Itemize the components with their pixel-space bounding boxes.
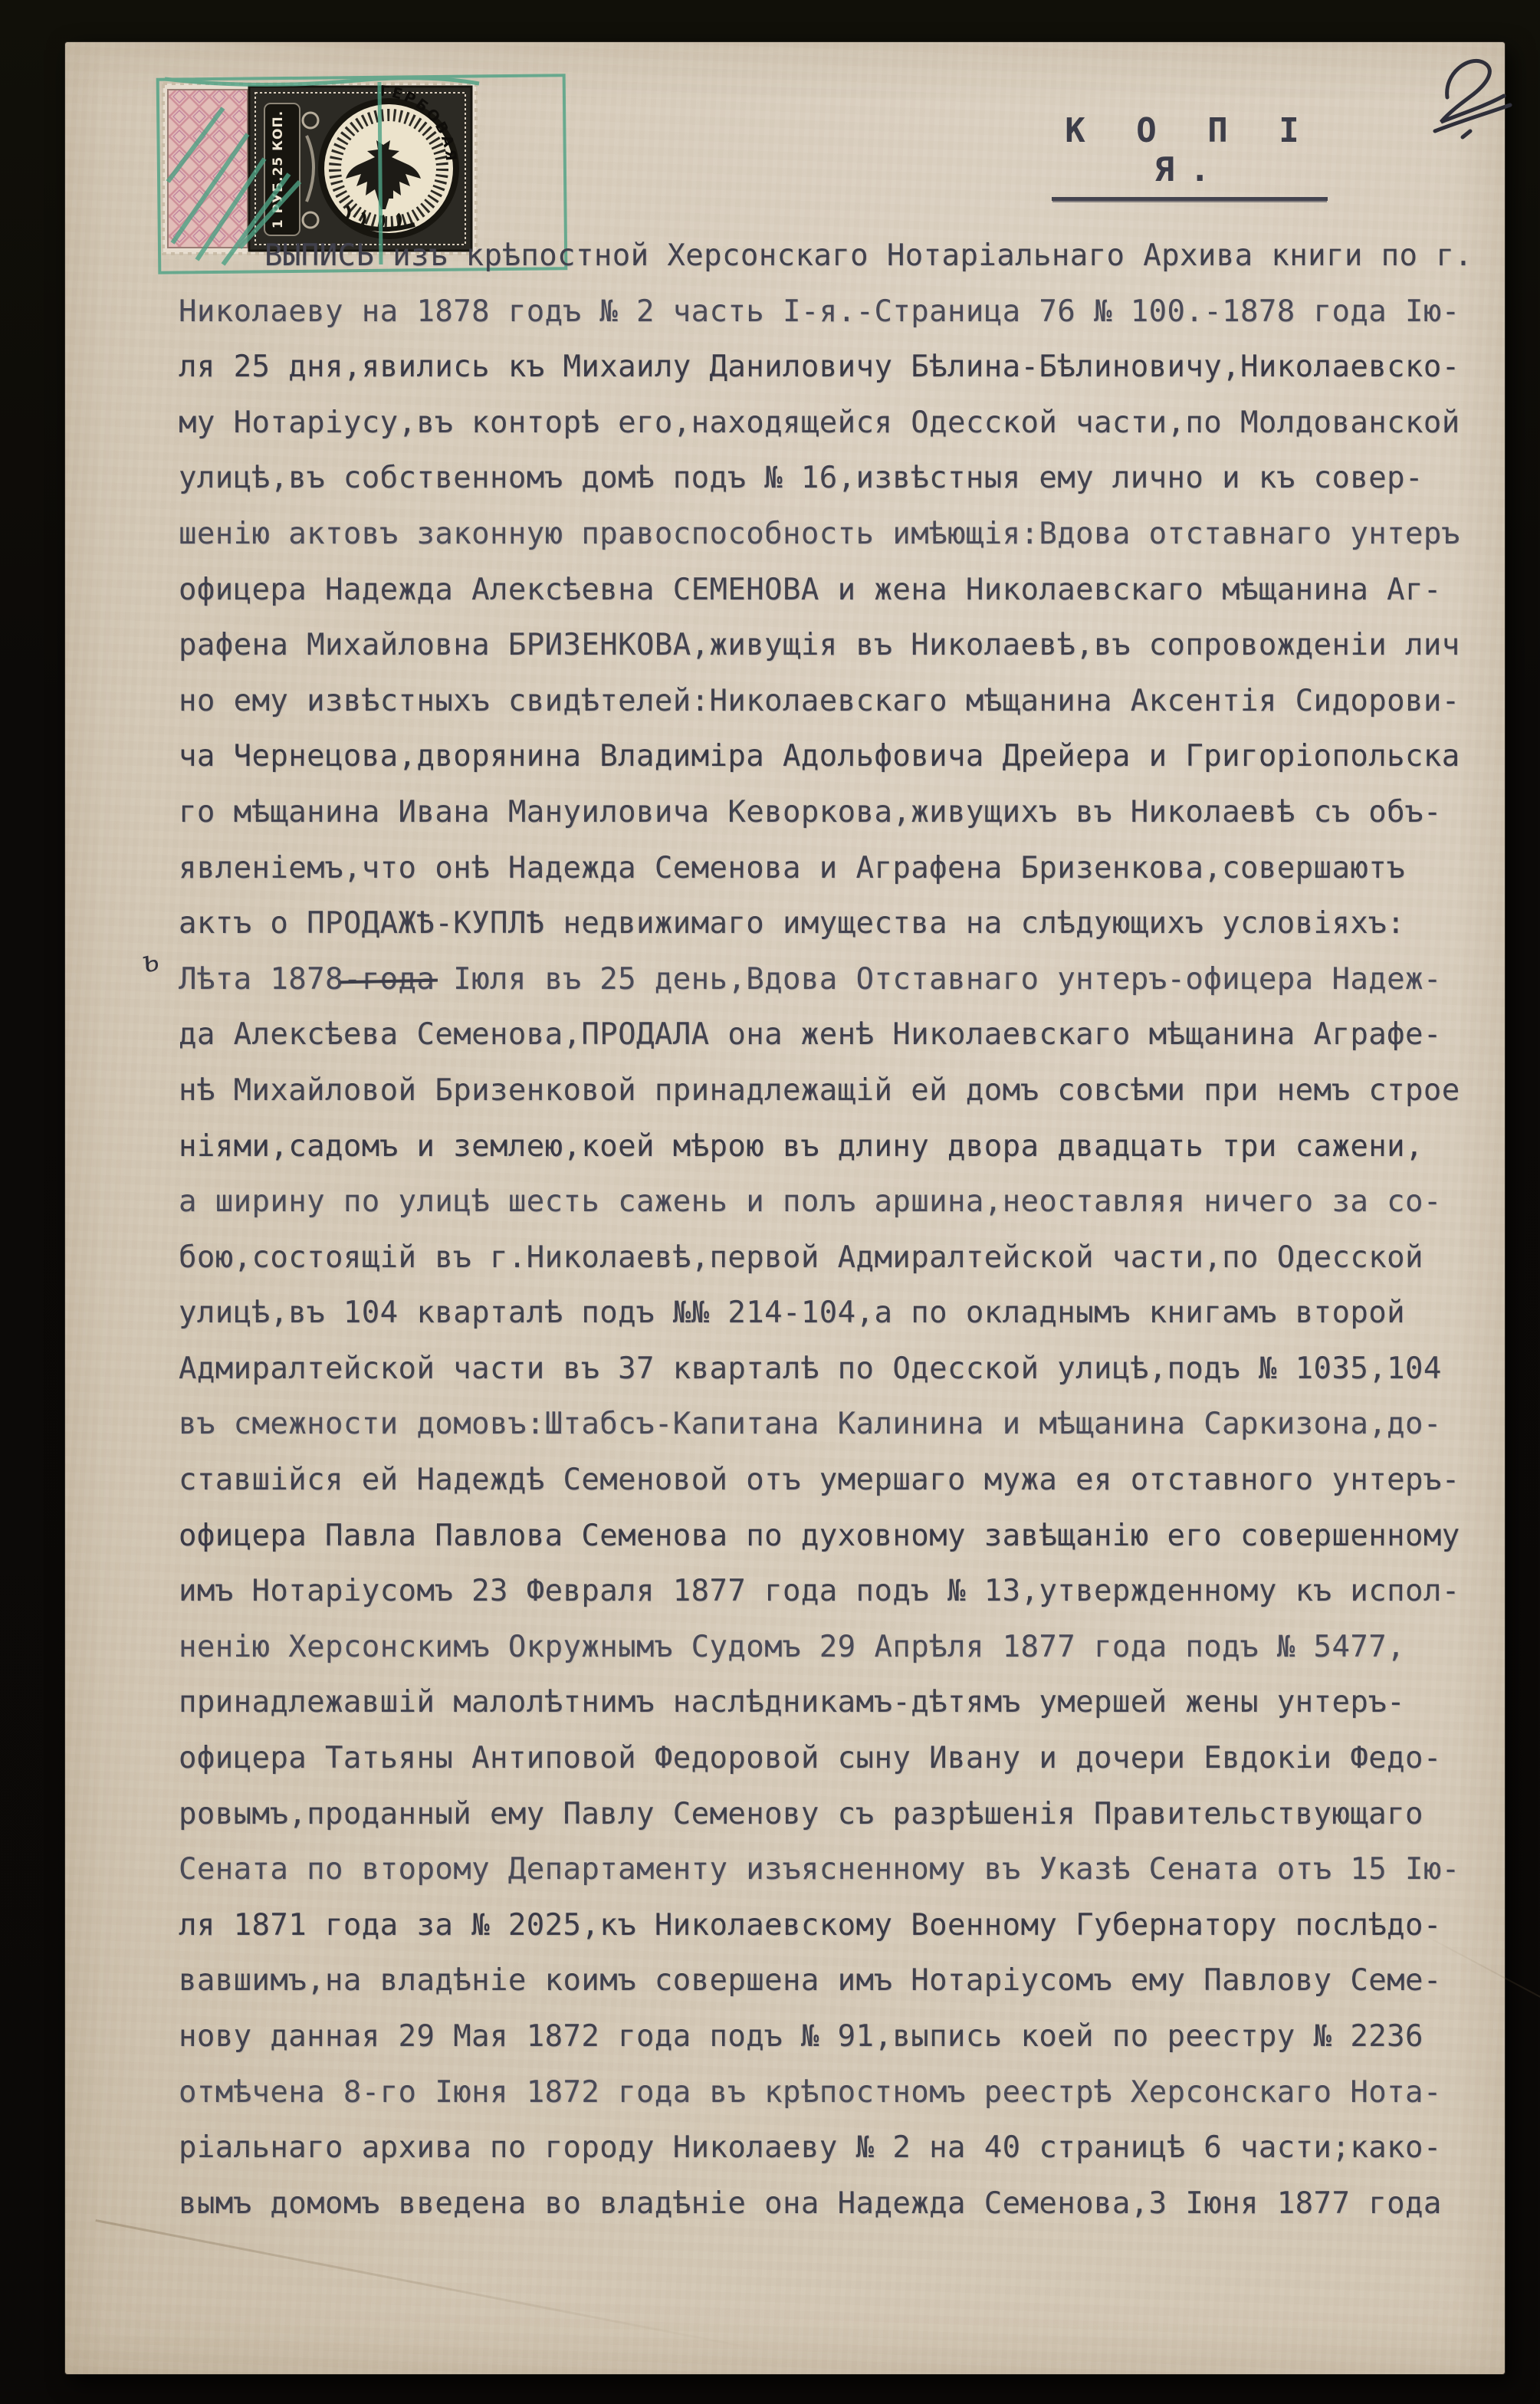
document-line: ненію Херсонскимъ Окружнымъ Судомъ 29 Ап… — [179, 1620, 1505, 1676]
document-line: ля 25 дня,явились къ Михаилу Даниловичу … — [179, 340, 1505, 396]
struck-word: -года — [343, 962, 435, 997]
document-line: вымъ домомъ введена во владѣніе она Наде… — [179, 2176, 1505, 2232]
document-line: ча Чернецова,дворянина Владиміра Адольфо… — [179, 729, 1505, 785]
document-line: актъ о ПРОДАЖѢ-КУПЛѢ недвижимаго имущест… — [179, 896, 1505, 952]
document-line: офицера Надежда Алексѣевна СЕМЕНОВА и же… — [179, 563, 1505, 619]
document-line: Адмиралтейской части въ 37 кварталѣ по О… — [179, 1342, 1505, 1397]
document-line: въ смежности домовъ:Штабсъ-Капитана Кали… — [179, 1397, 1505, 1453]
document-line: рафена Михайловна БРИЗЕНКОВА,живущія въ … — [179, 618, 1505, 674]
document-line: явленіемъ,что онѣ Надежда Семенова и Агр… — [179, 841, 1505, 897]
document-line: да Алексѣева Семенова,ПРОДАЛА она женѣ Н… — [179, 1007, 1505, 1063]
copy-heading-text: К О П І Я. — [1065, 111, 1314, 189]
document-line: но ему извѣстныхъ свидѣтелей:Николаевска… — [179, 674, 1505, 730]
document-line: отмѣчена 8-го Іюня 1872 года въ крѣпостн… — [179, 2065, 1505, 2121]
document-line: офицера Павла Павлова Семенова по духовн… — [179, 1509, 1505, 1565]
document-line: шенію актовъ законную правоспособность и… — [179, 507, 1505, 563]
document-line: офицера Татьяны Антиповой Федоровой сыну… — [179, 1731, 1505, 1787]
document-line: улицѣ,въ 104 кварталѣ подъ №№ 214-104,а … — [179, 1286, 1505, 1342]
document-body: ВЫПИСЬ изъ крѣпостной Херсонскаго Нотарі… — [179, 228, 1505, 2232]
document-line: имъ Нотаріусомъ 23 Февраля 1877 года под… — [179, 1564, 1505, 1620]
document-line: ріальнаго архива по городу Николаеву № 2… — [179, 2120, 1505, 2176]
margin-mark: ь — [138, 942, 163, 980]
document-line: нову данная 29 Мая 1872 года подъ № 91,в… — [179, 2009, 1505, 2065]
document-line: Сената по второму Департаменту изъясненн… — [179, 1842, 1505, 1898]
document-line: ровымъ,проданный ему Павлу Семенову съ р… — [179, 1787, 1505, 1843]
document-line: нѣ Михайловой Бризенковой принадлежащій … — [179, 1063, 1505, 1119]
document-line: Николаеву на 1878 годъ № 2 часть І-я.-Ст… — [179, 284, 1505, 340]
document-line: ставшійся ей Надеждѣ Семеновой отъ умерш… — [179, 1453, 1505, 1509]
document-line: улицѣ,въ собственномъ домѣ подъ № 16,изв… — [179, 451, 1505, 507]
document-line: го мѣщанина Ивана Мануиловича Кеворкова,… — [179, 785, 1505, 841]
document-line: бою,состоящій въ г.Николаевѣ,первой Адми… — [179, 1230, 1505, 1286]
paper-crease — [95, 2219, 773, 2353]
copy-heading: К О П І Я. — [1025, 111, 1354, 201]
handwritten-page-number — [1418, 42, 1533, 157]
document-line: Лѣта 1878-года Іюля въ 25 день,Вдова Отс… — [179, 952, 1505, 1008]
document-line: ВЫПИСЬ изъ крѣпостной Херсонскаго Нотарі… — [179, 228, 1505, 284]
document-line: ніями,садомъ и землею,коей мѣрою въ длин… — [179, 1119, 1505, 1175]
document-line: вавшимъ,на владѣніе коимъ совершена имъ … — [179, 1953, 1505, 2009]
document-page: 1 РУБ.25 КОП. ГЕРБОВАЯ МАРКА — [65, 42, 1505, 2374]
document-line: му Нотаріусу,въ конторѣ его,находящейся … — [179, 396, 1505, 452]
document-line: принадлежавшій малолѣтнимъ наслѣдникамъ-… — [179, 1675, 1505, 1731]
document-line: а ширину по улицѣ шесть сажень и полъ ар… — [179, 1174, 1505, 1230]
document-line: ля 1871 года за № 2025,къ Николаевскому … — [179, 1898, 1505, 1954]
heading-underline — [1052, 197, 1328, 201]
page-number-ink — [1435, 61, 1510, 137]
